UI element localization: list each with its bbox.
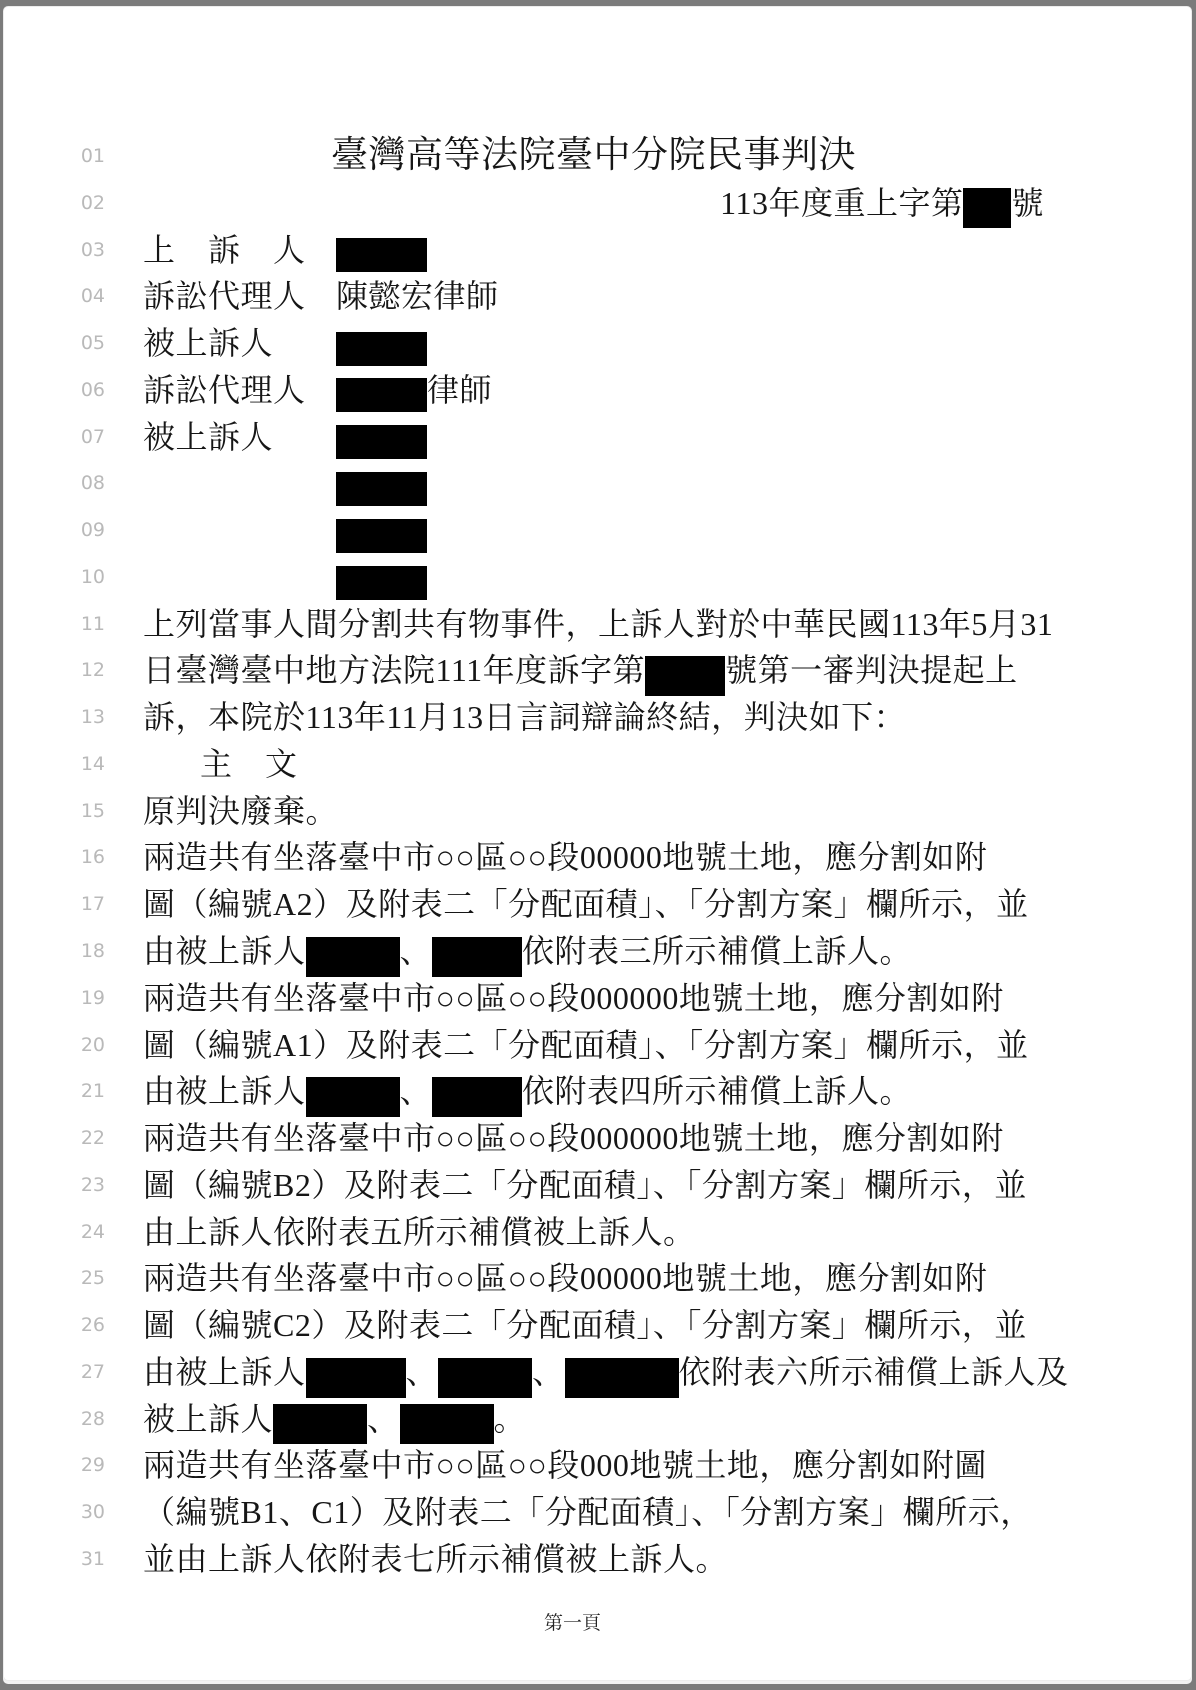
line-number: 25 (4, 1255, 105, 1302)
body-text-line: 被上訴人、。 (143, 1396, 1191, 1443)
redaction-box (336, 238, 427, 272)
document-line: 10 (4, 554, 1191, 601)
line-number: 10 (4, 554, 105, 601)
document-line: 22 兩造共有坐落臺中市○○區○○段000000地號土地，應分割如附 (4, 1115, 1191, 1162)
document-line: 30 （編號B1、C1）及附表二「分配面積」、「分割方案」欄所示， (4, 1489, 1191, 1536)
party-role-label: 訴訟代理人 (143, 367, 336, 414)
line-number: 01 (4, 133, 105, 180)
party-role-label: 訴訟代理人 (143, 273, 336, 320)
redaction-box (432, 937, 522, 977)
redaction-box (645, 656, 725, 696)
body-text-line: 圖（編號A1）及附表二「分配面積」、「分割方案」欄所示，並 (143, 1022, 1191, 1069)
attorney-name: 陳懿宏律師 (336, 278, 499, 314)
body-text-line: 並由上訴人依附表七所示補償被上訴人。 (143, 1536, 1191, 1583)
document-line: 20 圖（編號A1）及附表二「分配面積」、「分割方案」欄所示，並 (4, 1022, 1191, 1069)
body-text-line: 圖（編號A2）及附表二「分配面積」、「分割方案」欄所示，並 (143, 881, 1191, 928)
line-number: 30 (4, 1489, 105, 1536)
document-line: 12 日臺灣臺中地方法院111年度訴字第號第一審判決提起上 (4, 647, 1191, 694)
body-text-line: 兩造共有坐落臺中市○○區○○段000000地號土地，應分割如附 (143, 975, 1191, 1022)
document-line: 21 由被上訴人、依附表四所示補償上訴人。 (4, 1068, 1191, 1115)
body-text-line: 兩造共有坐落臺中市○○區○○段00000地號土地，應分割如附 (143, 1255, 1191, 1302)
line-number: 03 (4, 227, 105, 274)
line-number: 24 (4, 1209, 105, 1256)
document-line: 19 兩造共有坐落臺中市○○區○○段000000地號土地，應分割如附 (4, 975, 1191, 1022)
document-line: 06 訴訟代理人律師 (4, 367, 1191, 414)
document-line: 24 由上訴人依附表五所示補償被上訴人。 (4, 1209, 1191, 1256)
line-number: 12 (4, 647, 105, 694)
party-line: 上 訴 人 (143, 227, 1191, 274)
document-line: 14 主 文 (4, 741, 1191, 788)
body-text-line: 上列當事人間分割共有物事件，上訴人對於中華民國113年5月31 (143, 601, 1196, 648)
party-line: 被上訴人 (143, 414, 1191, 461)
line-number: 20 (4, 1022, 105, 1069)
redaction-box (336, 566, 427, 600)
document-line: 17 圖（編號A2）及附表二「分配面積」、「分割方案」欄所示，並 (4, 881, 1191, 928)
line-number: 07 (4, 414, 105, 461)
redaction-box (336, 519, 427, 553)
line-number: 05 (4, 320, 105, 367)
document-line: 13 訴，本院於113年11月13日言詞辯論終結，判決如下： (4, 694, 1191, 741)
line-number: 26 (4, 1302, 105, 1349)
document-line: 01 臺灣高等法院臺中分院民事判決 (4, 133, 1191, 180)
document-line: 09 (4, 507, 1191, 554)
section-heading-main-text: 主 文 (143, 741, 1191, 788)
redaction-box (336, 472, 427, 506)
line-number: 29 (4, 1442, 105, 1489)
document-line: 25 兩造共有坐落臺中市○○區○○段00000地號土地，應分割如附 (4, 1255, 1191, 1302)
document-line: 16 兩造共有坐落臺中市○○區○○段00000地號土地，應分割如附 (4, 834, 1191, 881)
redaction-box (963, 188, 1011, 228)
line-number: 02 (4, 180, 105, 227)
redaction-box (432, 1077, 522, 1117)
body-text-line: 兩造共有坐落臺中市○○區○○段00000地號土地，應分割如附 (143, 834, 1191, 881)
document-title: 臺灣高等法院臺中分院民事判決 (143, 133, 1191, 180)
body-text-line: 圖（編號B2）及附表二「分配面積」、「分割方案」欄所示，並 (143, 1162, 1191, 1209)
document-line: 07 被上訴人 (4, 414, 1191, 461)
party-line (143, 460, 1191, 507)
document-line: 03 上 訴 人 (4, 227, 1191, 274)
line-number: 28 (4, 1396, 105, 1443)
document-line: 23 圖（編號B2）及附表二「分配面積」、「分割方案」欄所示，並 (4, 1162, 1191, 1209)
attorney-suffix: 律師 (427, 372, 492, 408)
line-number: 27 (4, 1349, 105, 1396)
party-role-label: 被上訴人 (143, 320, 336, 367)
redaction-box (306, 1077, 400, 1117)
document-line: 05 被上訴人 (4, 320, 1191, 367)
line-number: 23 (4, 1162, 105, 1209)
body-text-line: 原判決廢棄。 (143, 788, 1191, 835)
party-line (143, 507, 1191, 554)
case-number-line: 113年度重上字第號 (143, 180, 1191, 227)
line-number: 08 (4, 460, 105, 507)
line-number: 19 (4, 975, 105, 1022)
document-line: 15 原判決廢棄。 (4, 788, 1191, 835)
body-text-line: 由被上訴人、依附表四所示補償上訴人。 (143, 1068, 1191, 1115)
line-number: 11 (4, 601, 105, 648)
line-number: 31 (4, 1536, 105, 1583)
case-number-prefix: 113年度重上字第 (720, 185, 963, 221)
document-line: 26 圖（編號C2）及附表二「分配面積」、「分割方案」欄所示，並 (4, 1302, 1191, 1349)
judgment-page-viewer: { "colors": { "page_background": "#fffff… (0, 0, 1196, 1690)
body-text-line: 由上訴人依附表五所示補償被上訴人。 (143, 1209, 1191, 1256)
redaction-box (400, 1404, 494, 1444)
body-text-line: 由被上訴人、、依附表六所示補償上訴人及 (143, 1349, 1196, 1396)
line-number: 17 (4, 881, 105, 928)
body-text-line: （編號B1、C1）及附表二「分配面積」、「分割方案」欄所示， (143, 1489, 1191, 1536)
line-number: 13 (4, 694, 105, 741)
redaction-box (306, 1358, 406, 1398)
party-role-label: 上 訴 人 (143, 227, 336, 274)
document-line: 04 訴訟代理人陳懿宏律師 (4, 273, 1191, 320)
redaction-box (336, 332, 427, 366)
document-line: 08 (4, 460, 1191, 507)
document-line: 27 由被上訴人、、依附表六所示補償上訴人及 (4, 1349, 1191, 1396)
line-number: 16 (4, 834, 105, 881)
line-number: 15 (4, 788, 105, 835)
document-line: 31 並由上訴人依附表七所示補償被上訴人。 (4, 1536, 1191, 1583)
line-number: 09 (4, 507, 105, 554)
document-page: 01 臺灣高等法院臺中分院民事判決 02 113年度重上字第號 03 上 訴 人… (3, 6, 1192, 1681)
party-role-label: 被上訴人 (143, 414, 336, 461)
party-line: 訴訟代理人律師 (143, 367, 1191, 414)
body-text-line: 由被上訴人、依附表三所示補償上訴人。 (143, 928, 1191, 975)
body-text-line: 訴，本院於113年11月13日言詞辯論終結，判決如下： (143, 694, 1191, 741)
line-number: 21 (4, 1068, 105, 1115)
party-line (143, 554, 1191, 601)
document-line: 02 113年度重上字第號 (4, 180, 1191, 227)
body-text-line: 日臺灣臺中地方法院111年度訴字第號第一審判決提起上 (143, 647, 1191, 694)
line-number: 04 (4, 273, 105, 320)
document-line: 28 被上訴人、。 (4, 1396, 1191, 1443)
body-text-line: 圖（編號C2）及附表二「分配面積」、「分割方案」欄所示，並 (143, 1302, 1191, 1349)
redaction-box (438, 1358, 532, 1398)
body-text-line: 兩造共有坐落臺中市○○區○○段000地號土地，應分割如附圖 (143, 1442, 1191, 1489)
case-number-suffix: 號 (1011, 185, 1044, 221)
redaction-box (336, 378, 427, 412)
line-number: 06 (4, 367, 105, 414)
body-text-line: 兩造共有坐落臺中市○○區○○段000000地號土地，應分割如附 (143, 1115, 1191, 1162)
line-number: 22 (4, 1115, 105, 1162)
redaction-box (273, 1404, 367, 1444)
document-line: 11 上列當事人間分割共有物事件，上訴人對於中華民國113年5月31 (4, 601, 1191, 648)
party-line: 訴訟代理人陳懿宏律師 (143, 273, 1191, 320)
document-line: 29 兩造共有坐落臺中市○○區○○段000地號土地，應分割如附圖 (4, 1442, 1191, 1489)
party-line: 被上訴人 (143, 320, 1191, 367)
page-number-footer: 第一頁 (4, 1601, 1191, 1647)
redaction-box (336, 425, 427, 459)
line-number: 18 (4, 928, 105, 975)
redaction-box (565, 1358, 679, 1398)
line-number: 14 (4, 741, 105, 788)
judgment-body: 01 臺灣高等法院臺中分院民事判決 02 113年度重上字第號 03 上 訴 人… (4, 133, 1191, 1583)
document-line: 18 由被上訴人、依附表三所示補償上訴人。 (4, 928, 1191, 975)
redaction-box (306, 937, 400, 977)
